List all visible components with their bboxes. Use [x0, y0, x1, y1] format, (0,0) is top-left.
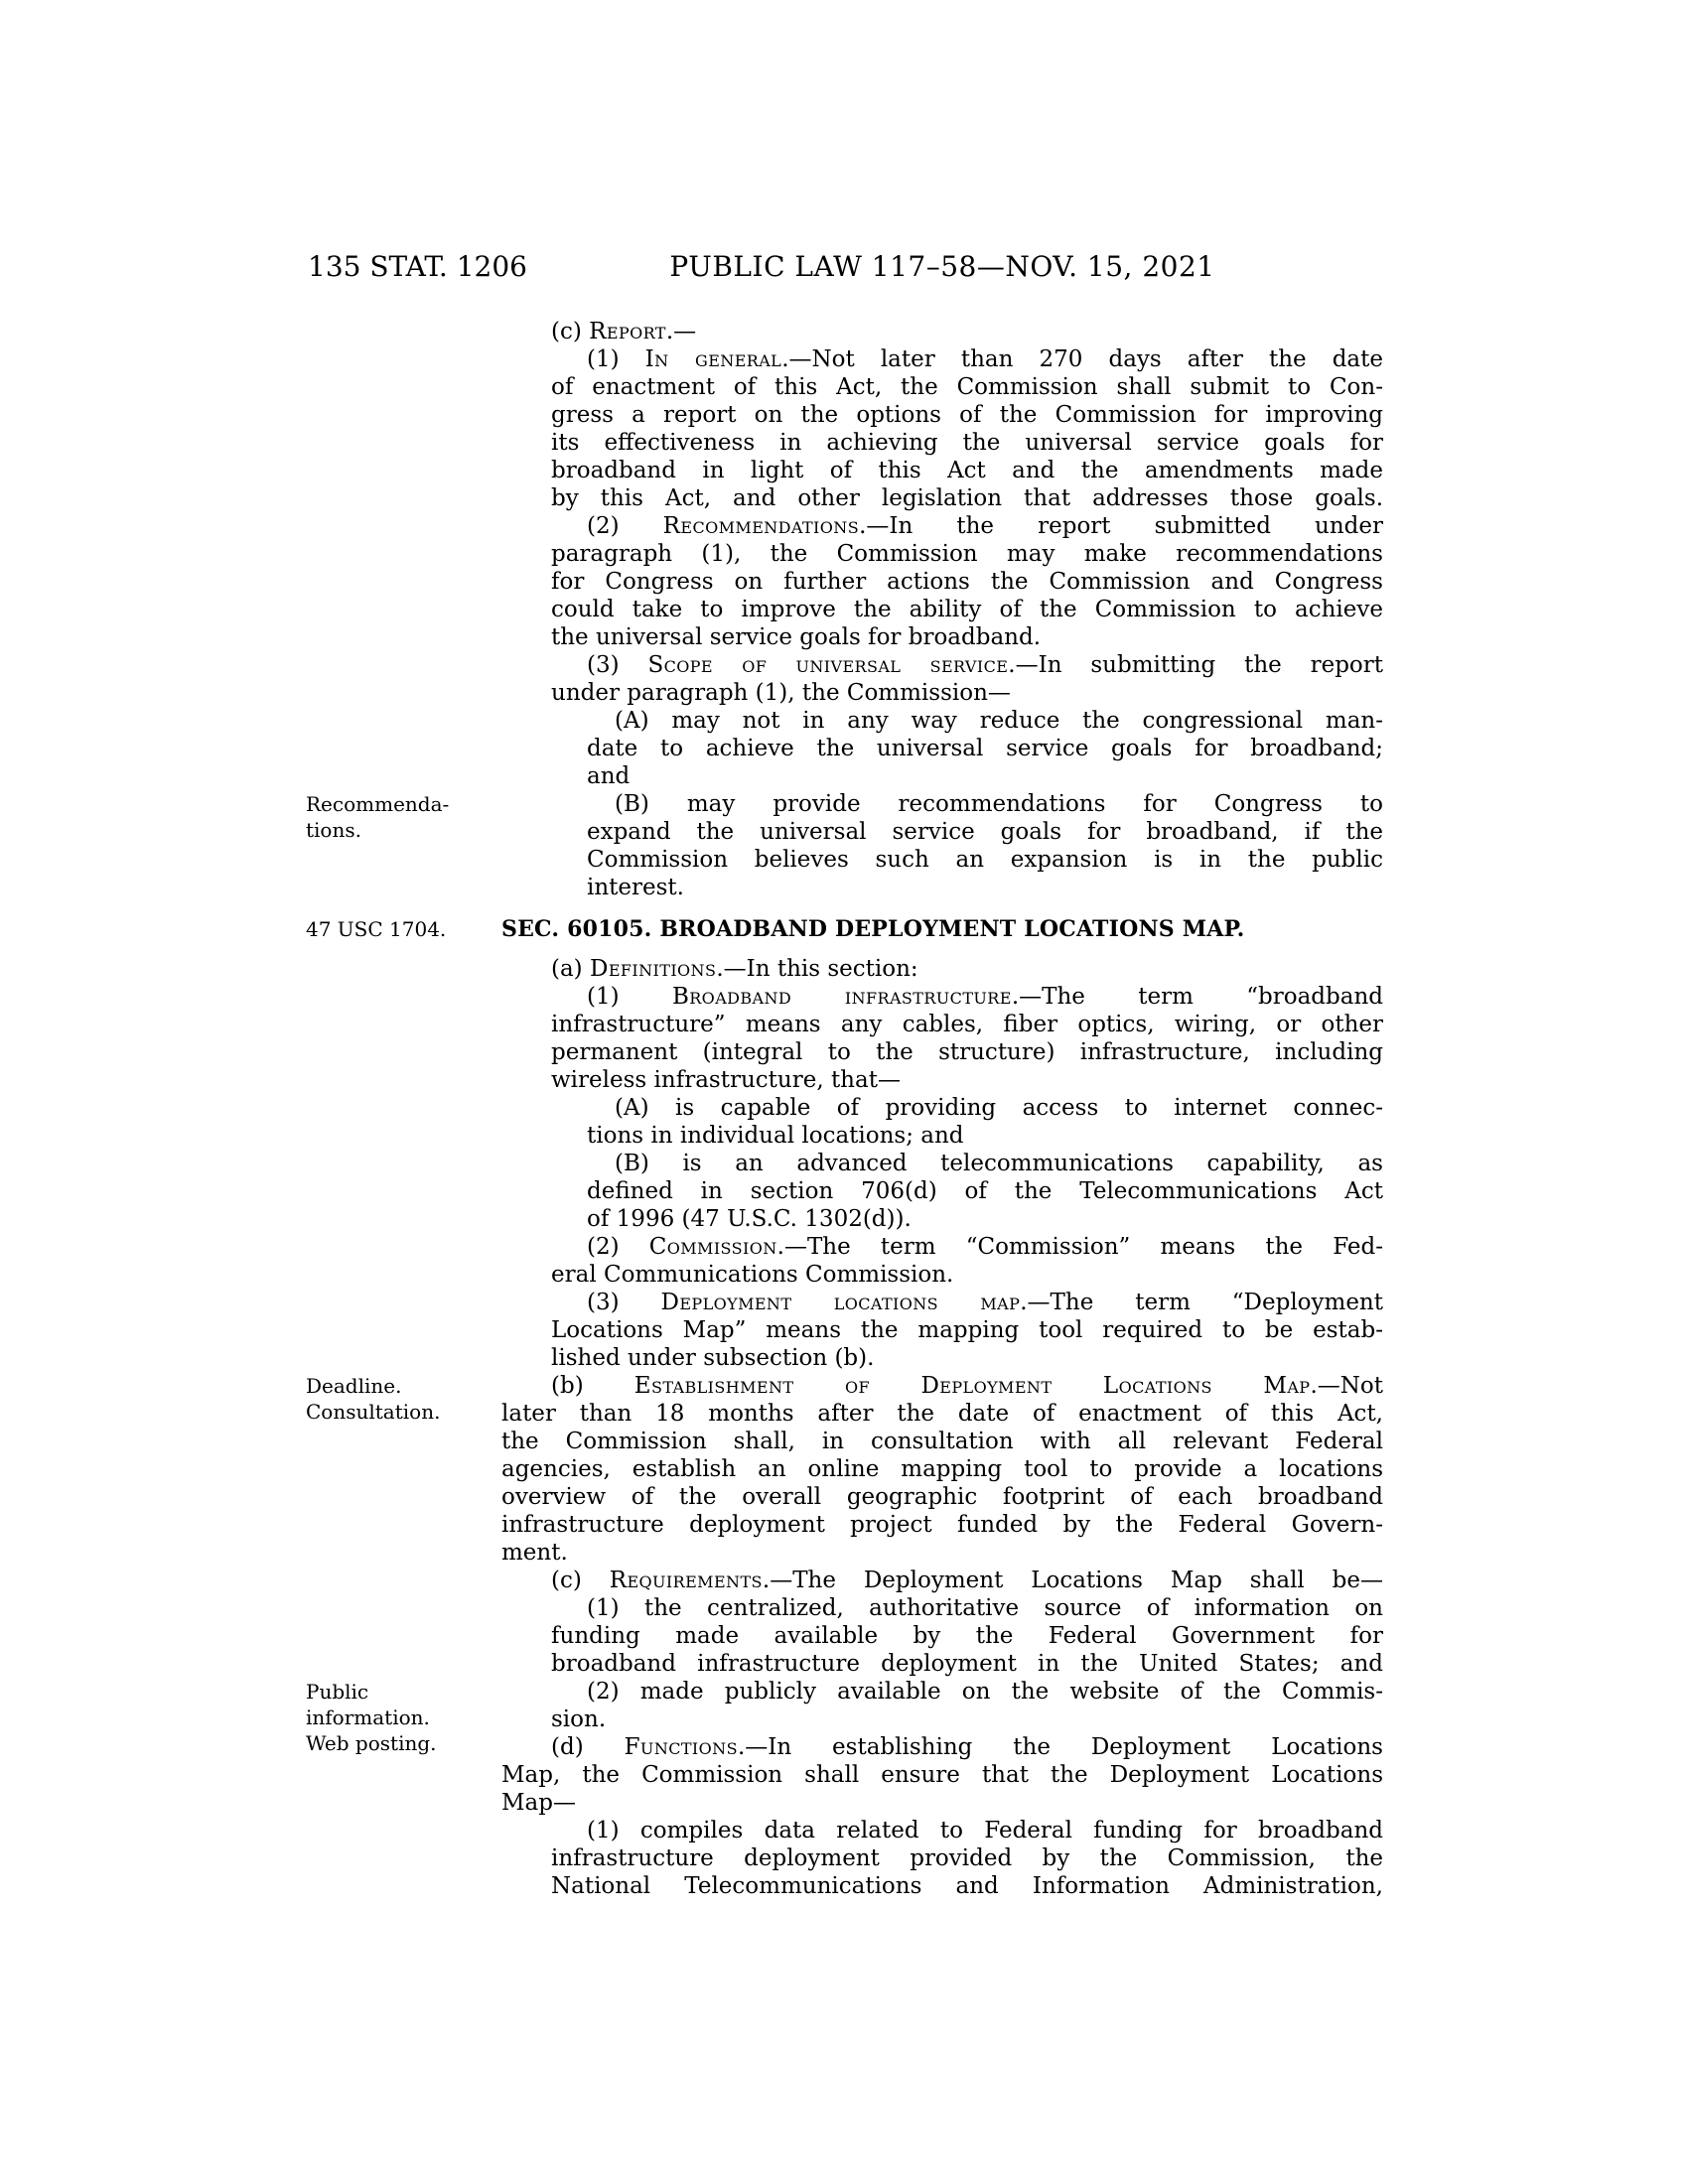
statute-line: sion.: [501, 1706, 1383, 1733]
margin-note-line: information.: [306, 1705, 437, 1730]
text-run: infrastructure deployment project funded…: [501, 1512, 1383, 1538]
statute-line: (A) is capable of providing access to in…: [501, 1094, 1383, 1122]
small-caps-run: Recommendations: [663, 513, 859, 539]
text-run: .—Not later than 270 days after the date: [781, 346, 1383, 372]
statute-body: (c) Report.—(1) In general.—Not later th…: [501, 318, 1383, 1900]
text-run: infrastructure” means any cables, fiber …: [551, 1012, 1383, 1037]
statute-line: of 1996 (47 U.S.C. 1302(d)).: [501, 1205, 1383, 1233]
statute-line: Map, the Commission shall ensure that th…: [501, 1761, 1383, 1789]
small-caps-run: Functions: [625, 1734, 738, 1760]
statute-line: (3) Scope of universal service.—In submi…: [501, 651, 1383, 679]
text-run: for Congress on further actions the Comm…: [551, 569, 1383, 595]
statute-line: (b) Establishment of Deployment Location…: [501, 1372, 1383, 1400]
text-run: sion.: [551, 1706, 606, 1732]
text-run: later than 18 months after the date of e…: [501, 1401, 1383, 1427]
small-caps-run: Establishment of Deployment Locations Ma…: [634, 1373, 1311, 1399]
text-run: Commission believes such an expansion is…: [587, 847, 1383, 873]
margin-note-line: Web posting.: [306, 1730, 437, 1756]
statute-page: 135 STAT. 1206 PUBLIC LAW 117–58—NOV. 15…: [0, 0, 1688, 2184]
text-run: .—Not: [1310, 1373, 1383, 1399]
text-run: .—The Deployment Locations Map shall be—: [763, 1568, 1383, 1593]
small-caps-run: Commission: [649, 1234, 777, 1260]
statute-line: eral Communications Commission.: [501, 1261, 1383, 1289]
text-run: .—The term “Commission” means the Fed-: [777, 1234, 1383, 1260]
small-caps-run: Requirements: [610, 1568, 763, 1593]
margin-note-line: tions.: [306, 817, 449, 843]
statute-line: the universal service goals for broadban…: [501, 623, 1383, 651]
small-caps-run: Broadband infrastructure: [672, 984, 1012, 1010]
text-run: (d): [551, 1734, 625, 1760]
margin-note-line: Consultation.: [306, 1399, 440, 1425]
text-run: infrastructure deployment provided by th…: [551, 1845, 1383, 1871]
margin-note-line: Public: [306, 1679, 437, 1705]
text-run: .—The term “Deployment: [1020, 1290, 1383, 1315]
statute-line: (1) compiles data related to Federal fun…: [501, 1817, 1383, 1844]
statute-line: (2) Commission.—The term “Commission” me…: [501, 1233, 1383, 1261]
text-run: expand the universal service goals for b…: [587, 819, 1383, 845]
statute-line: (1) In general.—Not later than 270 days …: [501, 345, 1383, 373]
statute-line: of enactment of this Act, the Commission…: [501, 373, 1383, 401]
small-caps-run: In general: [645, 346, 782, 372]
text-run: funding made available by the Federal Go…: [551, 1623, 1383, 1649]
text-run: (2): [587, 1234, 649, 1260]
text-run: .—In this section:: [716, 956, 917, 982]
statute-line: by this Act, and other legislation that …: [501, 484, 1383, 512]
text-run: (3): [587, 652, 647, 678]
text-run: (b): [551, 1373, 634, 1399]
text-run: (1): [587, 346, 645, 372]
text-run: National Telecommunications and Informat…: [551, 1873, 1383, 1899]
statute-line: infrastructure” means any cables, fiber …: [501, 1011, 1383, 1038]
text-run: gress a report on the options of the Com…: [551, 402, 1383, 428]
text-run: (c): [551, 1568, 610, 1593]
statute-line: broadband infrastructure deployment in t…: [501, 1650, 1383, 1678]
statute-line: the Commission shall, in consultation wi…: [501, 1428, 1383, 1455]
statute-line: (c) Requirements.—The Deployment Locatio…: [501, 1567, 1383, 1594]
text-run: (1) the centralized, authoritative sourc…: [587, 1595, 1383, 1621]
text-run: of 1996 (47 U.S.C. 1302(d)).: [587, 1206, 912, 1232]
text-run: .—In submitting the report: [1008, 652, 1383, 678]
small-caps-run: Report: [589, 319, 666, 344]
statute-line: lished under subsection (b).: [501, 1344, 1383, 1372]
text-run: date to achieve the universal service go…: [587, 736, 1383, 761]
statute-line: infrastructure deployment project funded…: [501, 1511, 1383, 1539]
statute-line: broadband in light of this Act and the a…: [501, 457, 1383, 484]
statute-line: (B) is an advanced telecommunications ca…: [501, 1150, 1383, 1177]
text-run: by this Act, and other legislation that …: [551, 485, 1383, 511]
statute-line: (B) may provide recommendations for Cong…: [501, 790, 1383, 818]
statute-line: expand the universal service goals for b…: [501, 818, 1383, 846]
text-run: paragraph (1), the Commission may make r…: [551, 541, 1383, 567]
text-run: (2): [587, 513, 663, 539]
statute-line: (1) Broadband infrastructure.—The term “…: [501, 983, 1383, 1011]
text-run: .—The term “broadband: [1012, 984, 1383, 1010]
statute-line: Commission believes such an expansion is…: [501, 846, 1383, 874]
text-run: (a): [551, 956, 590, 982]
small-caps-run: Deployment locations map: [660, 1290, 1020, 1315]
margin-note: Recommenda-tions.: [306, 791, 449, 843]
text-run: could take to improve the ability of the…: [551, 597, 1383, 622]
statute-line: Map—: [501, 1789, 1383, 1817]
text-run: .—In the report submitted under: [859, 513, 1383, 539]
text-run: its effectiveness in achieving the unive…: [551, 430, 1383, 456]
page-number: 135 STAT. 1206: [308, 252, 527, 282]
small-caps-run: Definitions: [590, 956, 716, 982]
text-run: the universal service goals for broadban…: [551, 624, 1041, 650]
statute-line: National Telecommunications and Informat…: [501, 1872, 1383, 1900]
statute-line: Locations Map” means the mapping tool re…: [501, 1316, 1383, 1344]
text-run: ment.: [501, 1540, 568, 1566]
text-run: Map—: [501, 1790, 576, 1816]
text-run: defined in section 706(d) of the Telecom…: [587, 1178, 1383, 1204]
statute-line: ment.: [501, 1539, 1383, 1567]
statute-line: for Congress on further actions the Comm…: [501, 568, 1383, 596]
text-run: (A) may not in any way reduce the congre…: [615, 708, 1383, 734]
statute-line: date to achieve the universal service go…: [501, 735, 1383, 762]
text-run: broadband infrastructure deployment in t…: [551, 1651, 1383, 1677]
margin-note-line: Recommenda-: [306, 791, 449, 817]
statute-line: (c) Report.—: [501, 318, 1383, 345]
margin-note: 47 USC 1704.: [306, 916, 446, 942]
statute-line: permanent (integral to the structure) in…: [501, 1038, 1383, 1066]
text-run: (A) is capable of providing access to in…: [615, 1095, 1383, 1121]
statute-line: gress a report on the options of the Com…: [501, 401, 1383, 429]
text-run: lished under subsection (b).: [551, 1345, 874, 1371]
statute-line: (A) may not in any way reduce the congre…: [501, 707, 1383, 735]
text-run: (1) compiles data related to Federal fun…: [587, 1818, 1383, 1843]
text-run: overview of the overall geographic footp…: [501, 1484, 1383, 1510]
text-run: of enactment of this Act, the Commission…: [551, 374, 1383, 400]
statute-line: (a) Definitions.—In this section:: [501, 955, 1383, 983]
text-run: the Commission shall, in consultation wi…: [501, 1429, 1383, 1454]
section-heading: SEC. 60105. BROADBAND DEPLOYMENT LOCATIO…: [501, 915, 1383, 943]
text-run: and: [587, 763, 630, 789]
text-run: .—: [666, 319, 696, 344]
statute-line: interest.: [501, 874, 1383, 901]
statute-line: its effectiveness in achieving the unive…: [501, 429, 1383, 457]
statute-line: (2) Recommendations.—In the report submi…: [501, 512, 1383, 540]
statute-line: infrastructure deployment provided by th…: [501, 1844, 1383, 1872]
text-run: interest.: [587, 875, 684, 900]
text-run: Map, the Commission shall ensure that th…: [501, 1762, 1383, 1788]
margin-note: Publicinformation.Web posting.: [306, 1679, 437, 1756]
text-run: (B) is an advanced telecommunications ca…: [615, 1151, 1383, 1176]
statute-line: tions in individual locations; and: [501, 1122, 1383, 1150]
statute-line: later than 18 months after the date of e…: [501, 1400, 1383, 1428]
text-run: permanent (integral to the structure) in…: [551, 1039, 1383, 1065]
text-run: wireless infrastructure, that—: [551, 1067, 901, 1093]
text-run: tions in individual locations; and: [587, 1123, 964, 1149]
text-run: under paragraph (1), the Commission—: [551, 680, 1011, 706]
margin-note: Deadline.Consultation.: [306, 1373, 440, 1425]
statute-line: agencies, establish an online mapping to…: [501, 1455, 1383, 1483]
margin-note-line: Deadline.: [306, 1373, 440, 1399]
statute-line: under paragraph (1), the Commission—: [501, 679, 1383, 707]
text-run: (c): [551, 319, 589, 344]
statute-line: could take to improve the ability of the…: [501, 596, 1383, 623]
statute-line: and: [501, 762, 1383, 790]
statute-line: funding made available by the Federal Go…: [501, 1622, 1383, 1650]
small-caps-run: Scope of universal service: [647, 652, 1008, 678]
margin-note-line: 47 USC 1704.: [306, 916, 446, 942]
statute-line: (d) Functions.—In establishing the Deplo…: [501, 1733, 1383, 1761]
text-run: Locations Map” means the mapping tool re…: [551, 1317, 1383, 1343]
text-run: broadband in light of this Act and the a…: [551, 458, 1383, 483]
text-run: (2) made publicly available on the websi…: [587, 1679, 1383, 1705]
text-run: agencies, establish an online mapping to…: [501, 1456, 1383, 1482]
statute-line: (1) the centralized, authoritative sourc…: [501, 1594, 1383, 1622]
text-run: (3): [587, 1290, 660, 1315]
text-run: eral Communications Commission.: [551, 1262, 953, 1288]
statute-line: paragraph (1), the Commission may make r…: [501, 540, 1383, 568]
statute-line: (2) made publicly available on the websi…: [501, 1678, 1383, 1706]
statute-line: defined in section 706(d) of the Telecom…: [501, 1177, 1383, 1205]
statute-line: overview of the overall geographic footp…: [501, 1483, 1383, 1511]
text-run: .—In establishing the Deployment Locatio…: [738, 1734, 1383, 1760]
text-run: (B) may provide recommendations for Cong…: [615, 791, 1383, 817]
law-title: PUBLIC LAW 117–58—NOV. 15, 2021: [501, 252, 1383, 282]
text-run: (1): [587, 984, 672, 1010]
statute-line: wireless infrastructure, that—: [501, 1066, 1383, 1094]
statute-line: (3) Deployment locations map.—The term “…: [501, 1289, 1383, 1316]
